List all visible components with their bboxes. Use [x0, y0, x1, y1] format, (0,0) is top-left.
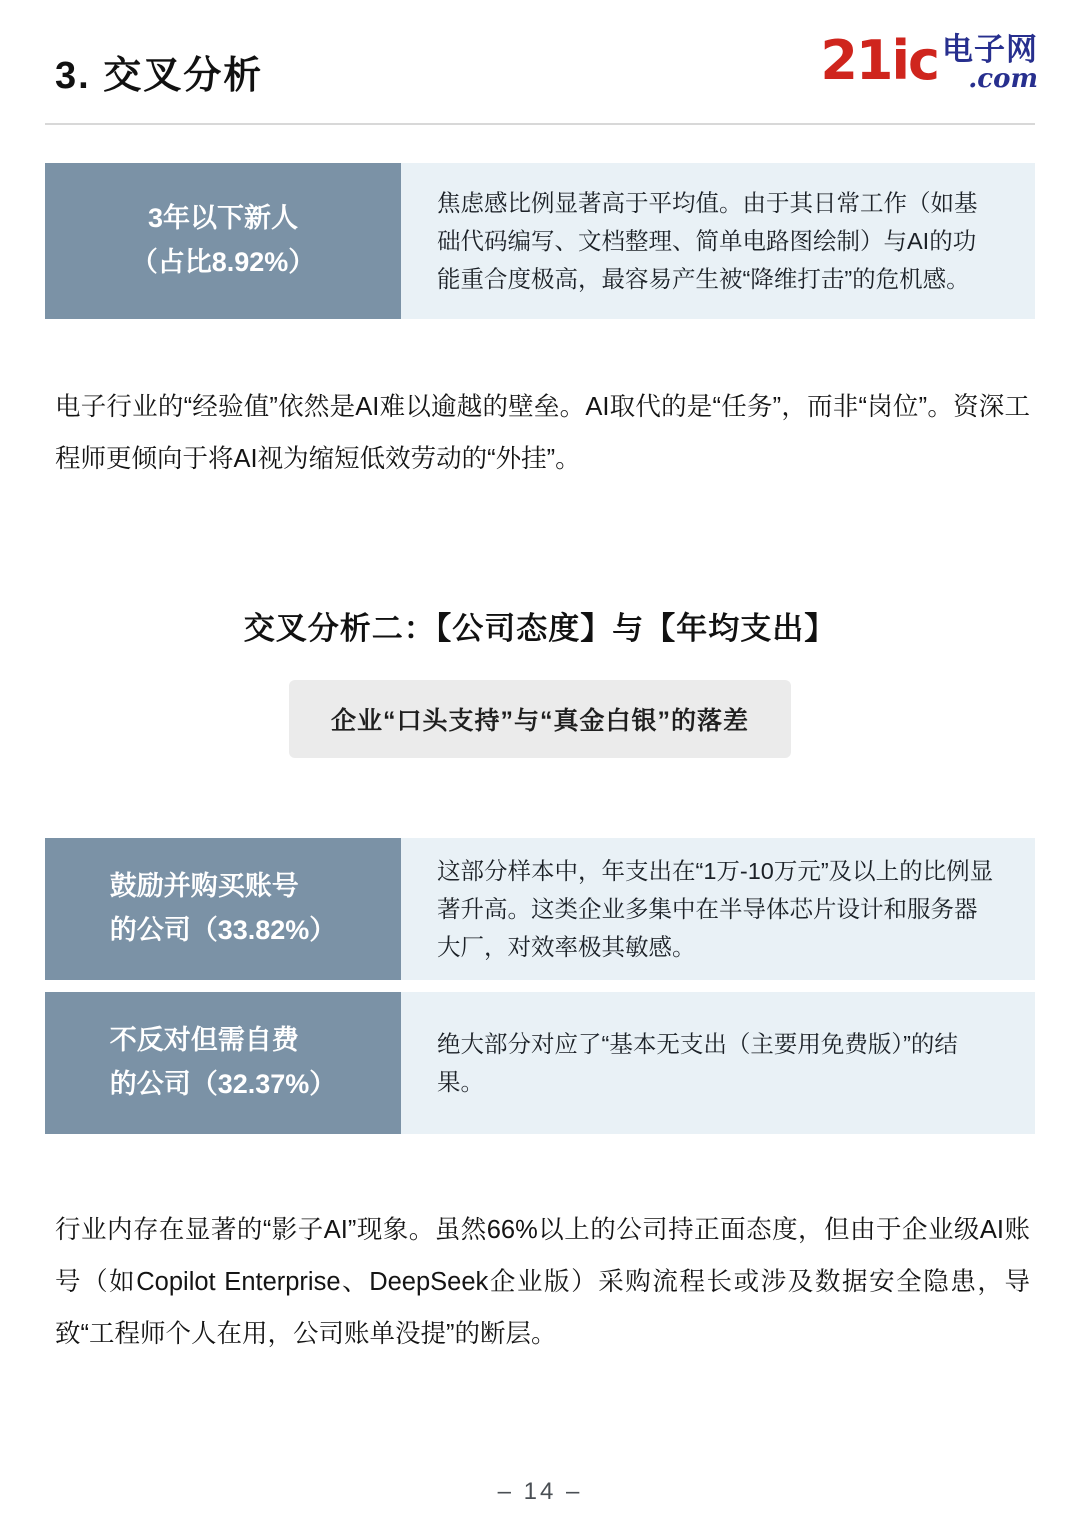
logo-right-block: 电子网 .com: [942, 34, 1038, 92]
page-title: 3. 交叉分析: [55, 44, 263, 99]
card-text-self-funded: 绝大部分对应了“基本无支出（主要用免费版）”的结果。: [401, 992, 1035, 1134]
analysis-paragraph-1: 电子行业的“经验值”依然是AI难以逾越的壁垒。AI取代的是“任务”，而非“岗位”…: [55, 381, 1030, 485]
card-label-newcomers: 3年以下新人 （占比8.92%）: [45, 163, 401, 319]
card-text-encourage-purchase: 这部分样本中，年支出在“1万-10万元”及以上的比例显著升高。这类企业多集中在半…: [401, 838, 1035, 980]
section-subtitle: 企业“口头支持”与“真金白银”的落差: [289, 680, 791, 758]
logo-cn-text: 电子网: [942, 34, 1038, 65]
logo-21ic-text: 21ic: [820, 34, 938, 88]
insight-card-newcomers: 3年以下新人 （占比8.92%） 焦虑感比例显著高于平均值。由于其日常工作（如基…: [45, 163, 1035, 319]
section-heading-cross-analysis-2: 交叉分析二：【公司态度】与【年均支出】: [0, 603, 1080, 648]
section-subtitle-wrap: 企业“口头支持”与“真金白银”的落差: [0, 680, 1080, 758]
insight-card-encourage-purchase: 鼓励并购买账号 的公司（33.82%） 这部分样本中，年支出在“1万-10万元”…: [45, 838, 1035, 980]
card-label-encourage-purchase: 鼓励并购买账号 的公司（33.82%）: [45, 838, 401, 980]
brand-logo: 21ic 电子网 .com: [820, 34, 1038, 92]
insight-card-self-funded: 不反对但需自费 的公司（32.37%） 绝大部分对应了“基本无支出（主要用免费版…: [45, 992, 1035, 1134]
report-page: 3. 交叉分析 21ic 电子网 .com 3年以下新人 （占比8.92%） 焦…: [0, 0, 1080, 1530]
header-divider: [45, 123, 1035, 125]
card-label-self-funded: 不反对但需自费 的公司（32.37%）: [45, 992, 401, 1134]
page-header: 3. 交叉分析 21ic 电子网 .com: [0, 0, 1080, 99]
card-text-newcomers: 焦虑感比例显著高于平均值。由于其日常工作（如基础代码编写、文档整理、简单电路图绘…: [401, 163, 1035, 319]
analysis-paragraph-2: 行业内存在显著的“影子AI”现象。虽然66%以上的公司持正面态度，但由于企业级A…: [55, 1204, 1030, 1360]
page-number: – 14 –: [0, 1478, 1080, 1506]
logo-com-text: .com: [942, 66, 1038, 92]
